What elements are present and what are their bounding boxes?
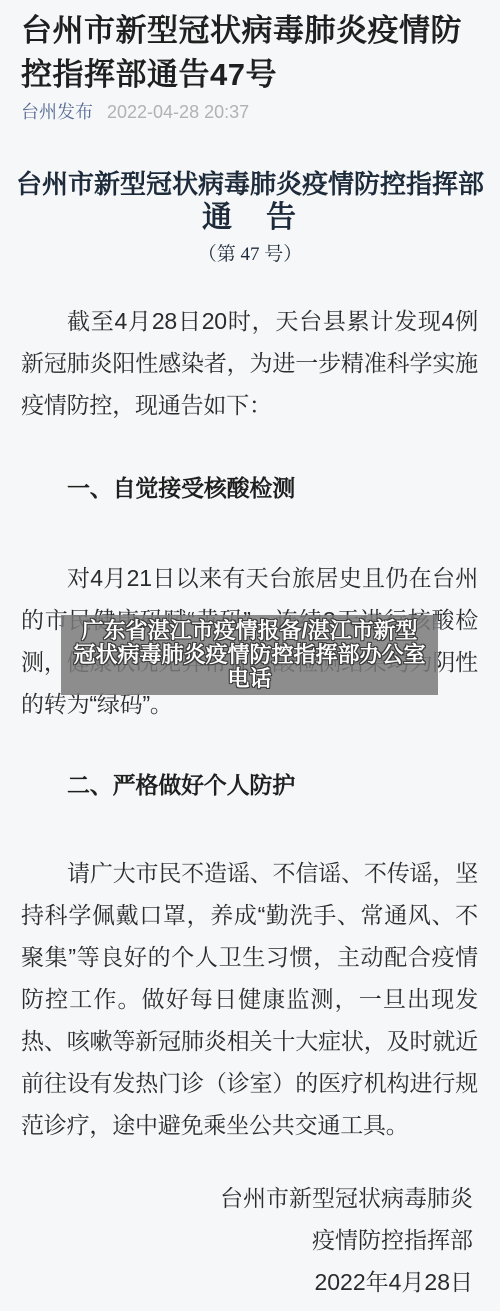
source-account-link[interactable]: 台州发布 xyxy=(21,102,93,122)
notice-letterhead: 台州市新型冠状病毒肺炎疫情防控指挥部 通 告 （第 47 号） xyxy=(0,168,500,267)
watermark-overlay-caption: 广东省湛江市疫情报备/湛江市新型冠状病毒肺炎疫情防控指挥部办公室电话 xyxy=(61,615,438,695)
signature-block: 台州市新型冠状病毒肺炎 疫情防控指挥部 2022年4月28日 xyxy=(21,1177,473,1303)
section-1-heading: 一、自觉接受核酸检测 xyxy=(21,474,478,502)
notice-doc-type: 通 告 xyxy=(0,202,500,234)
signature-date: 2022年4月28日 xyxy=(21,1261,473,1303)
section-2-paragraph: 请广大市民不造谣、不信谣、不传谣，坚持科学佩戴口罩，养成“勤洗手、常通风、不聚集… xyxy=(21,852,478,1146)
signature-org-line1: 台州市新型冠状病毒肺炎 xyxy=(21,1177,473,1219)
notice-issuing-org: 台州市新型冠状病毒肺炎疫情防控指挥部 xyxy=(0,168,500,202)
section-2-heading: 二、严格做好个人防护 xyxy=(21,771,478,799)
notice-doc-number: （第 47 号） xyxy=(0,243,500,267)
publish-datetime: 2022-04-28 20:37 xyxy=(107,102,249,122)
article-page: 台州市新型冠状病毒肺炎疫情防控指挥部通告47号 台州发布2022-04-28 2… xyxy=(0,0,500,1311)
signature-org-line2: 疫情防控指挥部 xyxy=(21,1219,473,1261)
article-meta: 台州发布2022-04-28 20:37 xyxy=(21,100,480,124)
intro-paragraph: 截至4月28日20时，天台县累计发现4例新冠肺炎阳性感染者，为进一步精准科学实施… xyxy=(21,300,478,426)
article-title: 台州市新型冠状病毒肺炎疫情防控指挥部通告47号 xyxy=(21,9,480,97)
